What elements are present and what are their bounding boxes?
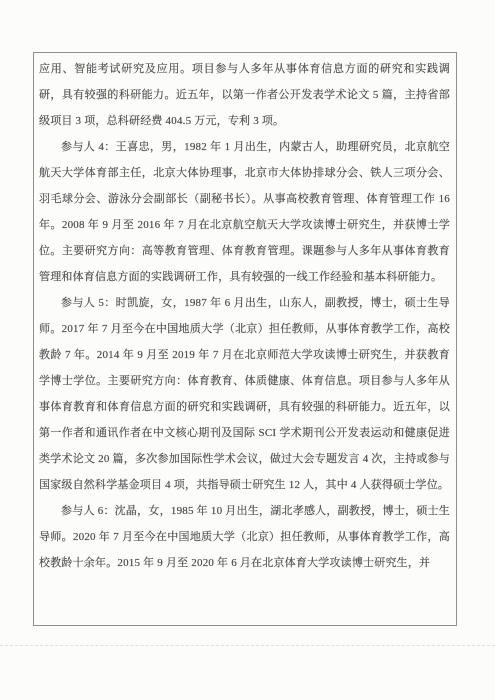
paragraph-continuation: 应用、智能考试研究及应用。项目参与人多年从事体育信息方面的研究和实践调研，具有较… bbox=[39, 56, 450, 134]
scan-fold-artifact-line bbox=[0, 645, 495, 646]
paragraph-participant-5: 参与人 5：时凯旋，女，1987 年 6 月出生，山东人，副教授，博士，硕士生导… bbox=[39, 290, 450, 498]
scanned-document-page: 应用、智能考试研究及应用。项目参与人多年从事体育信息方面的研究和实践调研，具有较… bbox=[0, 0, 495, 700]
paragraph-participant-4: 参与人 4：王喜忠，男，1982 年 1 月出生，内蒙古人，助理研究员，北京航空… bbox=[39, 134, 450, 290]
cell-text-block: 应用、智能考试研究及应用。项目参与人多年从事体育信息方面的研究和实践调研，具有较… bbox=[34, 53, 456, 576]
paragraph-participant-6: 参与人 6：沈晶，女，1985 年 10 月出生，湖北孝感人，副教授，博士，硕士… bbox=[39, 498, 450, 576]
form-table-cell: 应用、智能考试研究及应用。项目参与人多年从事体育信息方面的研究和实践调研，具有较… bbox=[33, 52, 457, 626]
